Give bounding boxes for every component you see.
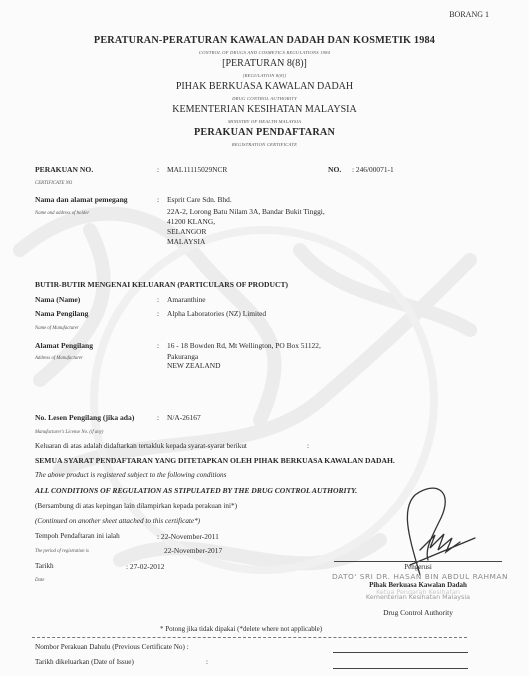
conditions-main-en: ALL CONDITIONS OF REGULATION AS STIPULAT… xyxy=(35,486,357,495)
date-label: Tarikh xyxy=(35,562,54,570)
authority-title: PIHAK BERKUASA KAWALAN DADAH xyxy=(0,81,529,92)
colon: : xyxy=(157,195,159,204)
period-to: 22-November-2017 xyxy=(164,546,222,555)
holder-line: 22A-2, Lorong Batu Nilam 3A, Bandar Buki… xyxy=(167,207,325,216)
regulation-title: PERATURAN-PERATURAN KAWALAN DADAH DAN KO… xyxy=(0,35,529,46)
license-label: No. Lesen Pengilang (jika ada) xyxy=(35,413,134,422)
signature-line xyxy=(334,561,502,562)
holder-label-en: Name and address of holder xyxy=(35,211,89,216)
file-no-label: NO. xyxy=(328,165,341,174)
file-no-value: : 246/00071-1 xyxy=(352,165,394,174)
holder-line: Esprit Care Sdn. Bhd. xyxy=(167,195,232,204)
product-name-value: Amaranthine xyxy=(167,295,206,304)
footer-note: * Potong jika tidak dipakai (*delete whe… xyxy=(160,625,322,633)
conditions-continued: (Bersambung di atas kepingan lain dilamp… xyxy=(35,502,237,510)
signature-stamp-name: DATO' SRI DR. HASAN BIN ABDUL RAHMAN xyxy=(325,572,515,581)
regulation-ref-en: [REGULATION 8(8)] xyxy=(0,73,529,78)
conditions-intro: Keluaran di atas adalah didaftarkan tert… xyxy=(35,442,247,450)
previous-cert-label: Nombor Perakuan Dahulu (Previous Certifi… xyxy=(35,643,189,651)
previous-cert-field[interactable] xyxy=(333,652,468,653)
conditions-continued-en: (Continued on another sheet attached to … xyxy=(35,517,200,525)
date-label-en: Date xyxy=(35,578,44,583)
manufacturer-address-label-en: Address of Manufacturer xyxy=(35,356,83,361)
authority-title-en: DRUG CONTROL AUTHORITY xyxy=(0,96,529,101)
manufacturer-address-line: Pakuranga xyxy=(167,352,198,361)
conditions-main: SEMUA SYARAT PENDAFTARAN YANG DITETAPKAN… xyxy=(35,456,395,465)
holder-line: SELANGOR xyxy=(167,227,206,236)
ministry-title-en: MINISTRY OF HEALTH MALAYSIA xyxy=(0,119,529,124)
product-section-title: BUTIR-BUTIR MENGENAI KELUARAN (PARTICULA… xyxy=(35,280,288,289)
colon: : xyxy=(157,341,159,350)
certificate-no-label-en: CERTIFICATE NO xyxy=(35,181,72,186)
document-title: PERAKUAN PENDAFTARAN xyxy=(0,127,529,138)
manufacturer-address-line: 16 - 18 Bowden Rd, Mt Wellington, PO Box… xyxy=(167,341,321,350)
holder-label: Nama dan alamat pemegang xyxy=(35,195,128,204)
colon: : xyxy=(157,295,159,304)
manufacturer-address-line: NEW ZEALAND xyxy=(167,361,220,370)
holder-line: 41200 KLANG, xyxy=(167,217,215,226)
document-title-en: REGISTRATION CERTIFICATE xyxy=(0,142,529,147)
certificate-no-value: MAL11115029NCR xyxy=(167,165,227,174)
issue-date-label: Tarikh dikeluarkan (Date of Issue) xyxy=(35,658,134,666)
regulation-ref: [PERATURAN 8(8)] xyxy=(0,58,529,69)
regulation-title-en: CONTROL OF DRUGS AND COSMETICS REGULATIO… xyxy=(0,50,529,55)
form-id: BORANG 1 xyxy=(449,10,489,19)
holder-line: MALAYSIA xyxy=(167,237,205,246)
license-label-en: Manufacturer's License No. (if any) xyxy=(35,430,103,435)
date-value: : 27-02-2012 xyxy=(126,562,164,571)
signature-ministry: Kementerian Kesihatan Malaysia xyxy=(334,593,502,601)
conditions-intro-en: The above product is registered subject … xyxy=(35,471,226,479)
period-label: Tempoh Pendaftaran ini ialah xyxy=(35,532,120,540)
license-value: N/A-26167 xyxy=(167,413,201,422)
colon: : xyxy=(157,413,159,422)
manufacturer-value: Alpha Laboratories (NZ) Limited xyxy=(167,309,266,318)
manufacturer-label: Nama Pengilang xyxy=(35,309,88,318)
period-from: : 22-November-2011 xyxy=(157,532,219,541)
period-label-en: The period of registration is xyxy=(35,549,89,554)
certificate-no-label: PERAKUAN NO. xyxy=(35,165,93,174)
conditions-intro-colon: : xyxy=(307,442,309,450)
issue-date-field[interactable] xyxy=(333,668,468,669)
ministry-title: KEMENTERIAN KESIHATAN MALAYSIA xyxy=(0,104,529,115)
signature-title: Pengerusi xyxy=(334,563,502,571)
signature-authority-en: Drug Control Authority xyxy=(334,608,502,617)
manufacturer-label-en: Name of Manufacturer xyxy=(35,326,79,331)
manufacturer-address-label: Alamat Pengilang xyxy=(35,341,93,350)
colon: : xyxy=(157,309,159,318)
issue-date-colon: : xyxy=(206,658,208,666)
colon: : xyxy=(157,165,159,174)
product-name-label: Nama (Name) xyxy=(35,295,80,304)
cut-line xyxy=(32,637,467,638)
